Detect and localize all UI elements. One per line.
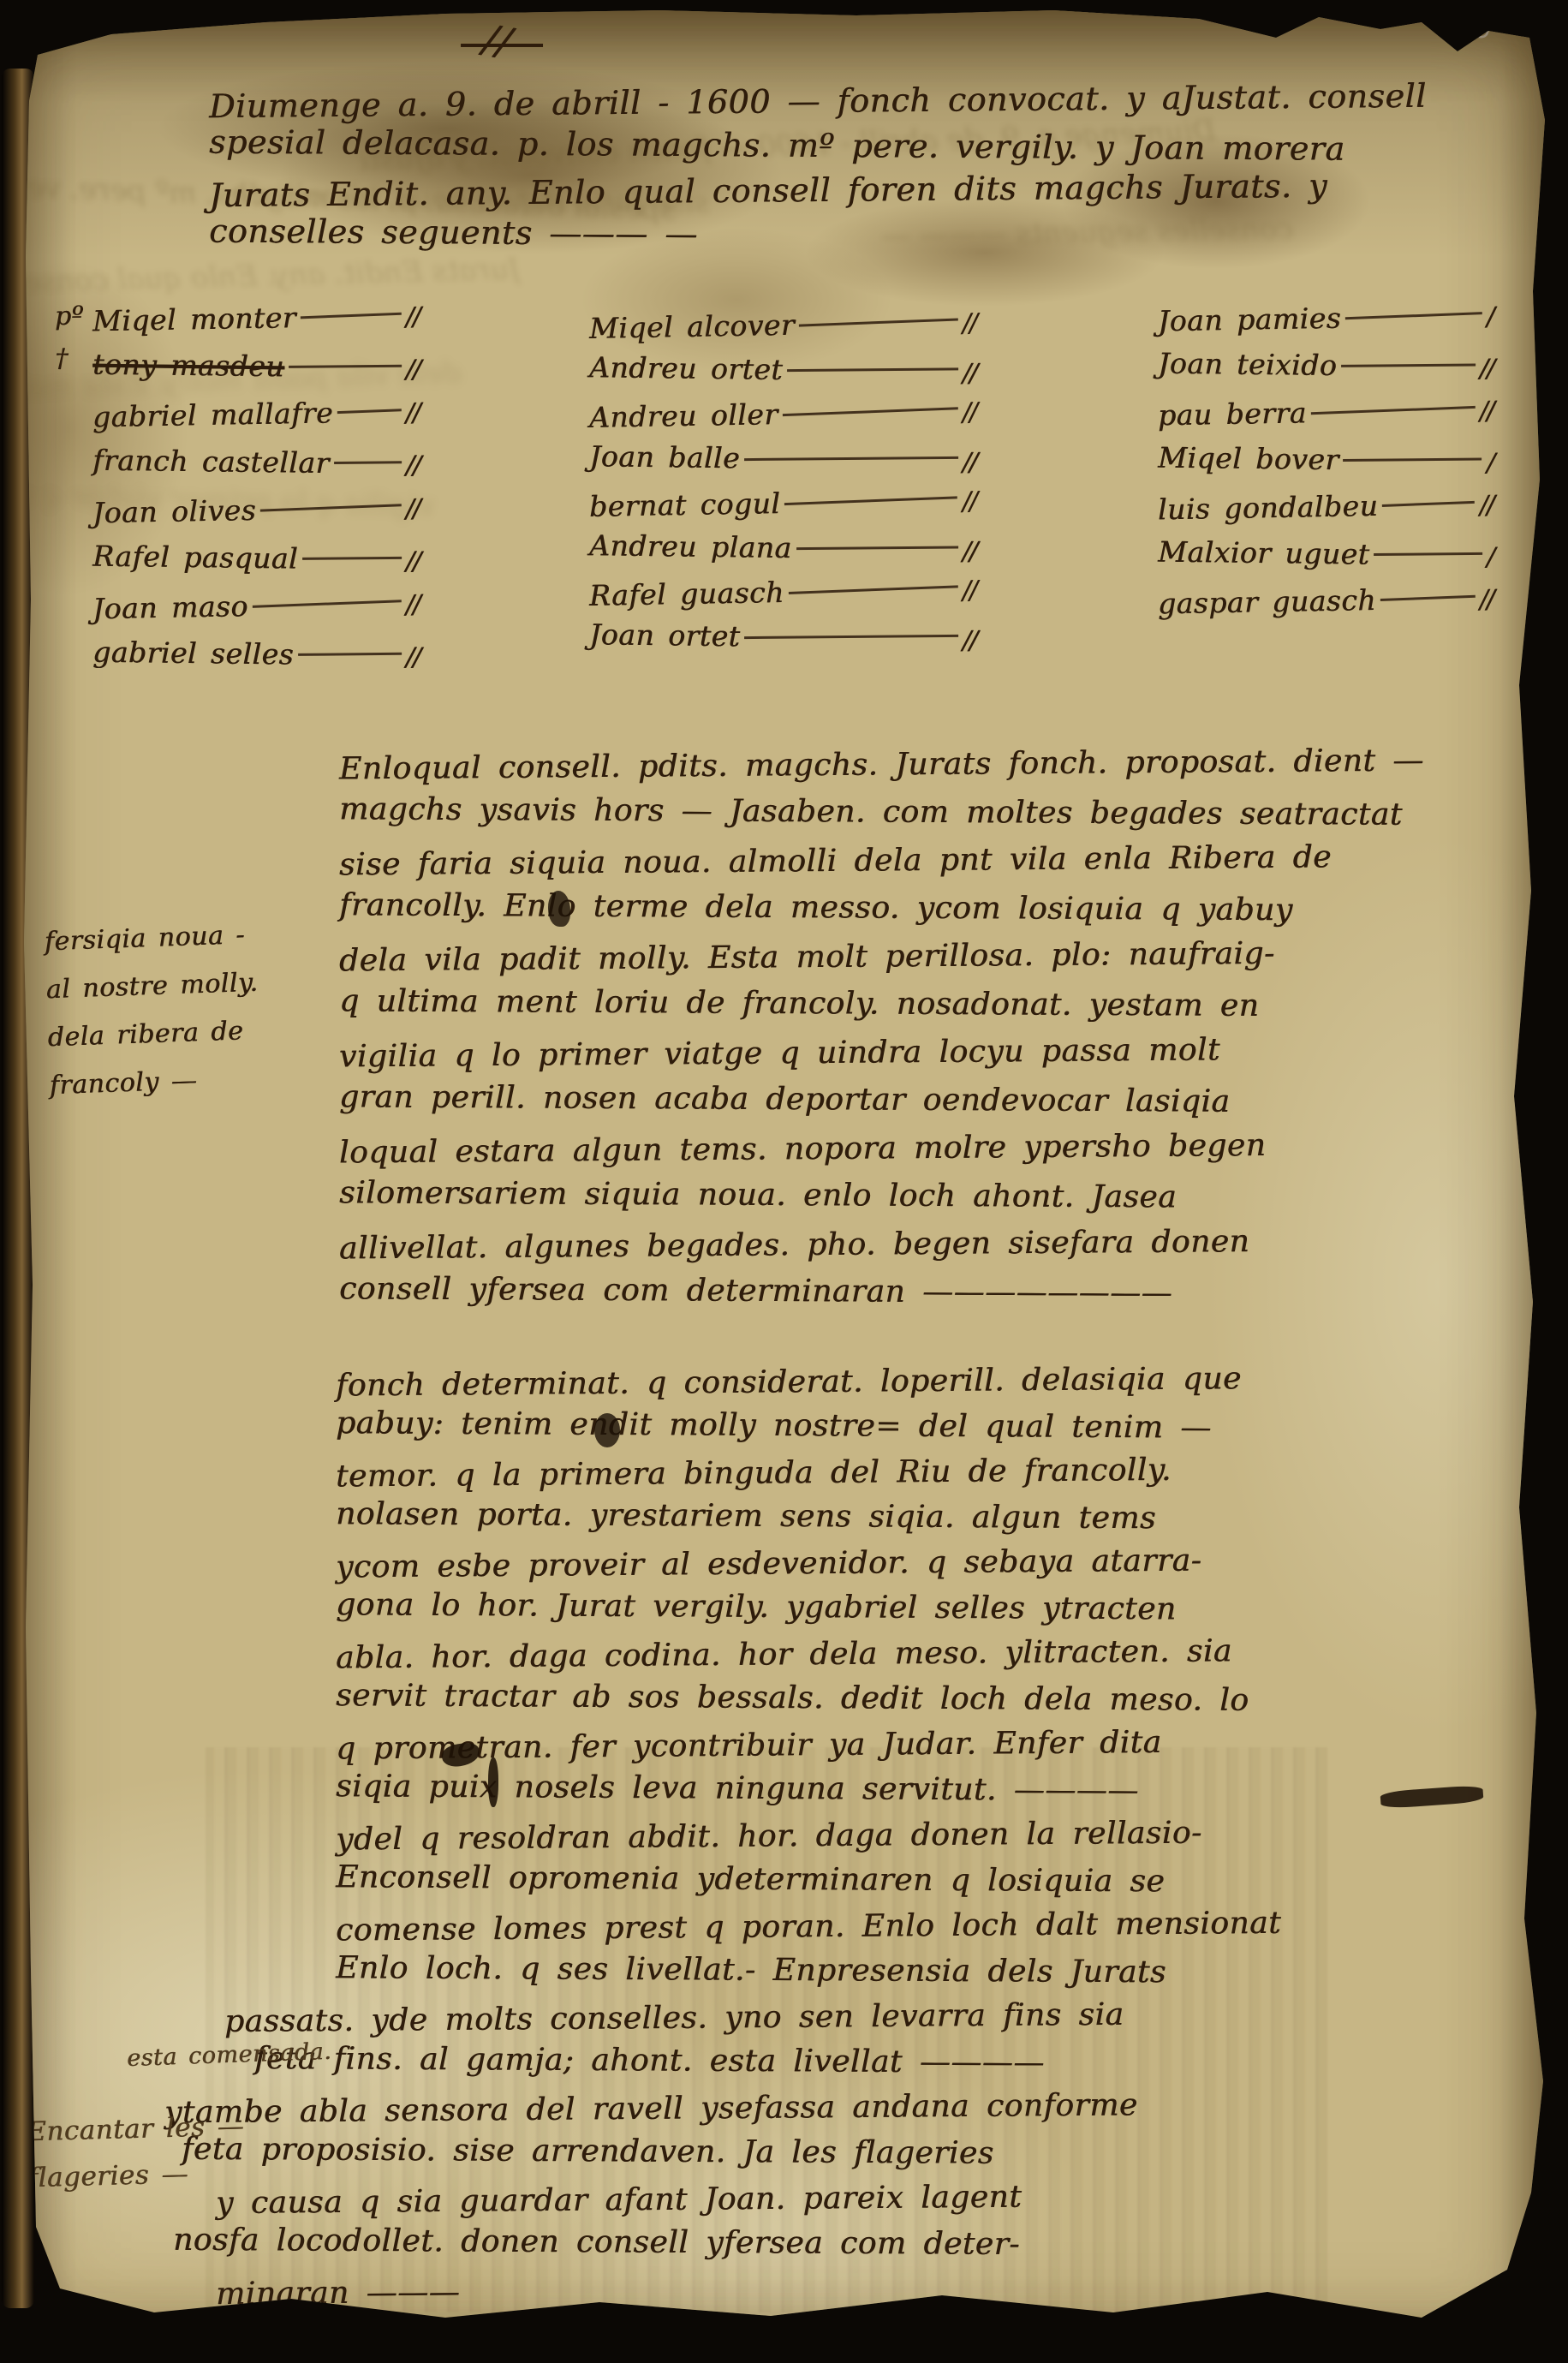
leader-line <box>301 313 402 319</box>
leader-line <box>1311 406 1476 415</box>
tally-mark: // <box>406 642 420 672</box>
attendee-prefix: † <box>55 343 69 373</box>
paragraph-line: vigilia q lo primer viatge q uindra locy… <box>339 1030 1529 1088</box>
attendee-row: Joan balle// <box>589 439 977 489</box>
leader-line <box>302 557 402 560</box>
attendee-row: pau berra// <box>1158 393 1494 446</box>
paragraph-line: q ultima ment loriu de francoly. nosadon… <box>339 983 1529 1037</box>
attendee-row: gabriel selles// <box>92 636 420 688</box>
attendee-name: Malxior uguet <box>1158 535 1370 571</box>
paragraph-line: comense lomes prest q poran. Enlo loch d… <box>336 1903 1543 1958</box>
tally-mark: / <box>1486 302 1493 332</box>
tally-mark: // <box>1479 491 1493 521</box>
tally-mark: / <box>1487 542 1494 572</box>
paragraph-line: magchs ysavis hors — Jasaben. com moltes… <box>339 791 1529 845</box>
attendee-name: Joan pamies <box>1158 301 1342 338</box>
ink-blot <box>594 1413 620 1447</box>
margin-note-encantar: Encantar les — flageries — <box>27 2111 247 2210</box>
paragraph-line: minaran ——— <box>216 2266 1543 2322</box>
paragraph-line: servit tractar ab sos bessals. dedit loc… <box>336 1678 1543 1729</box>
leader-line <box>744 635 958 639</box>
leader-line <box>799 318 958 326</box>
heading: Diumenge a. 9. de abrill - 1600 — fonch … <box>209 82 1427 260</box>
paragraph-line: consell yfersea com determinaran ———————… <box>339 1271 1529 1325</box>
attendee-name: bernat cogul <box>589 486 781 523</box>
margin-note-line: francoly — <box>49 1064 262 1119</box>
attendee-row: Rafel pasqual// <box>92 540 420 592</box>
attendee-row: Rafel guasch// <box>589 572 977 624</box>
tally-mark: // <box>1479 397 1493 427</box>
attendee-name: Andreu oller <box>589 397 778 434</box>
attendee-name: franch castellar <box>92 444 330 480</box>
attendee-row: Joan maso// <box>92 587 420 641</box>
attendee-row: Miqel alcover// <box>589 305 977 356</box>
paragraph-line: loqual estara algun tems. nopora molre y… <box>339 1126 1529 1184</box>
manuscript-scan: Diumenge a. 9. de abrill - 1600 — fonch … <box>0 0 1568 2363</box>
tally-mark: // <box>405 590 420 620</box>
leader-line <box>253 600 402 608</box>
leader-line <box>298 653 402 656</box>
leader-line <box>1374 552 1482 556</box>
attendee-column-1: pºMiqel monter// †tony masdeu// gabriel … <box>92 301 420 685</box>
leader-line <box>784 496 957 505</box>
paragraph-line: gran perill. nosen acaba deportar oendev… <box>339 1079 1529 1133</box>
attendee-name: Miqel monter <box>92 301 297 337</box>
paragraph-line: siqia puix nosels leva ninguna servitut.… <box>336 1769 1543 1820</box>
leader-line <box>337 409 402 414</box>
paragraph-line: gona lo hor. Jurat vergily. ygabriel sel… <box>336 1587 1543 1638</box>
paragraph-line: Enconsell opromenia ydeterminaren q losi… <box>336 1859 1543 1911</box>
attendee-name: Rafel guasch <box>589 576 784 612</box>
paragraph-line: ydel q resoldran abdit. hor. daga donen … <box>336 1812 1543 1867</box>
tally-mark: / <box>1487 448 1494 478</box>
tally-mark: // <box>405 302 420 332</box>
ink-blot <box>548 891 570 927</box>
tally-mark: // <box>406 355 420 385</box>
tally-mark: // <box>405 494 420 524</box>
tally-mark: // <box>963 626 977 656</box>
paragraph-line: francolly. Enlo terme dela messo. ycom l… <box>339 887 1529 941</box>
leader-line <box>260 504 402 511</box>
tally-mark: // <box>962 576 976 606</box>
header-mark: // <box>480 15 516 66</box>
leader-line <box>334 461 402 464</box>
leader-line <box>782 407 957 416</box>
paragraph-line: silomersariem siquia noua. enlo loch aho… <box>339 1175 1529 1229</box>
attendee-row: Joan ortet// <box>589 618 977 667</box>
tally-mark: // <box>406 546 420 576</box>
attendee-row: Andreu ortet// <box>589 350 977 400</box>
tally-mark: // <box>962 308 976 338</box>
attendee-name: gabriel selles <box>92 636 294 671</box>
attendee-name: gabriel mallafre <box>92 396 334 433</box>
paragraph-line: nolasen porta. yrestariem sens siqia. al… <box>336 1496 1543 1548</box>
attendee-name: Andreu ortet <box>589 350 783 386</box>
attendee-column-2: Miqel alcover// Andreu ortet// Andreu ol… <box>589 308 976 665</box>
attendee-name: Joan olives <box>92 493 257 529</box>
margin-note-line: fersiqia noua - <box>44 920 257 976</box>
margin-note-line: al nostre molly. <box>45 968 259 1023</box>
attendee-name: Miqel alcover <box>589 308 796 345</box>
attendee-name: luis gondalbeu <box>1158 489 1379 526</box>
attendee-name: Rafel pasqual <box>92 540 298 576</box>
margin-note-line: Encantar les — <box>27 2111 245 2163</box>
header-mark-glyph: // <box>480 15 516 66</box>
leader-line <box>289 365 402 368</box>
leader-line <box>1341 363 1476 367</box>
attendee-name: Joan ortet <box>589 618 741 653</box>
attendee-name: Joan teixido <box>1158 347 1337 383</box>
attendee-row: Joan teixido// <box>1158 347 1494 398</box>
paragraph-line: q prometran. fer ycontribuir ya Judar. E… <box>336 1722 1543 1776</box>
leader-line <box>744 456 958 461</box>
attendee-row: bernat cogul// <box>589 483 977 534</box>
margin-note-siquia: fersiqia noua - al nostre molly. dela ri… <box>44 920 262 1119</box>
ink-blot <box>488 1757 498 1807</box>
leader-line <box>1344 458 1482 462</box>
attendee-row: franch castellar// <box>92 444 420 496</box>
attendee-row: Andreu plana// <box>589 528 977 578</box>
tally-mark: // <box>962 397 976 427</box>
margin-note-line: dela ribera de <box>47 1016 260 1071</box>
heading-line: conselles seguents ——— — <box>209 212 1427 265</box>
attendee-row: Miqel bover/ <box>1158 441 1494 492</box>
manuscript-page: Diumenge a. 9. de abrill - 1600 — fonch … <box>0 0 1568 2363</box>
attendee-name: Joan maso <box>92 589 248 625</box>
margin-note-line: flageries — <box>27 2157 246 2210</box>
paragraph-line: sise faria siquia noua. almolli dela pnt… <box>339 838 1529 896</box>
leader-line <box>1380 595 1476 601</box>
attendee-name: Andreu plana <box>589 528 792 564</box>
attendee-row: pºMiqel monter// <box>92 299 420 353</box>
tally-mark: // <box>962 486 976 516</box>
paragraph-line: allivellat. algunes begades. pho. begen … <box>339 1222 1529 1280</box>
tally-mark: // <box>963 359 977 389</box>
leader-line <box>796 546 958 551</box>
attendee-row: Andreu oller// <box>589 394 977 445</box>
attendee-row: luis gondalbeu// <box>1158 487 1494 540</box>
leader-line <box>789 585 958 594</box>
attendee-name: Joan balle <box>589 439 740 474</box>
paragraph-line: fonch determinat. q considerat. loperill… <box>336 1358 1543 1413</box>
paragraph-line: abla. hor. daga codina. hor dela meso. y… <box>336 1631 1543 1686</box>
attendee-row: Joan olives// <box>92 491 420 545</box>
paragraph-line: pabuy: tenim endit molly nostre= del qua… <box>336 1405 1543 1457</box>
paragraph-line: ycom esbe proveir al esdevenidor. q seba… <box>336 1540 1543 1595</box>
leader-line <box>1382 501 1475 507</box>
paragraph-2: fonch determinat. q considerat. loperill… <box>336 1363 1543 2317</box>
tally-mark: // <box>963 448 977 478</box>
paragraph-line: temor. q la primera binguda del Riu de f… <box>336 1449 1543 1504</box>
tally-mark: // <box>405 398 420 428</box>
attendee-row: Joan pamies/ <box>1158 299 1494 352</box>
leader-line <box>1345 312 1482 319</box>
attendee-name: Miqel bover <box>1158 441 1339 477</box>
attendee-name: pau berra <box>1158 396 1308 432</box>
paragraph-1: Enloqual consell. pdits. magchs. Jurats … <box>339 747 1529 1322</box>
attendee-row: †tony masdeu// <box>92 348 420 400</box>
attendee-name: gaspar guasch <box>1158 583 1377 620</box>
attendee-prefix: pº <box>54 301 84 332</box>
tally-mark: // <box>1479 585 1493 615</box>
tally-mark: // <box>406 451 420 480</box>
attendee-name: tony masdeu <box>92 348 284 384</box>
paragraph-line: dela vila padit molly. Esta molt perillo… <box>339 934 1529 992</box>
attendee-row: gabriel mallafre// <box>92 395 420 449</box>
paragraph-line: Enloqual consell. pdits. magchs. Jurats … <box>339 743 1529 800</box>
leader-line <box>787 367 958 372</box>
tally-mark: // <box>963 537 977 567</box>
folio-number: 859 <box>1440 13 1493 51</box>
tally-mark: // <box>1480 354 1494 384</box>
attendee-column-3: Joan pamies/ Joan teixido// pau berra// … <box>1158 301 1493 631</box>
attendee-row: gaspar guasch// <box>1158 582 1494 635</box>
attendee-row: Malxior uguet/ <box>1158 535 1494 587</box>
